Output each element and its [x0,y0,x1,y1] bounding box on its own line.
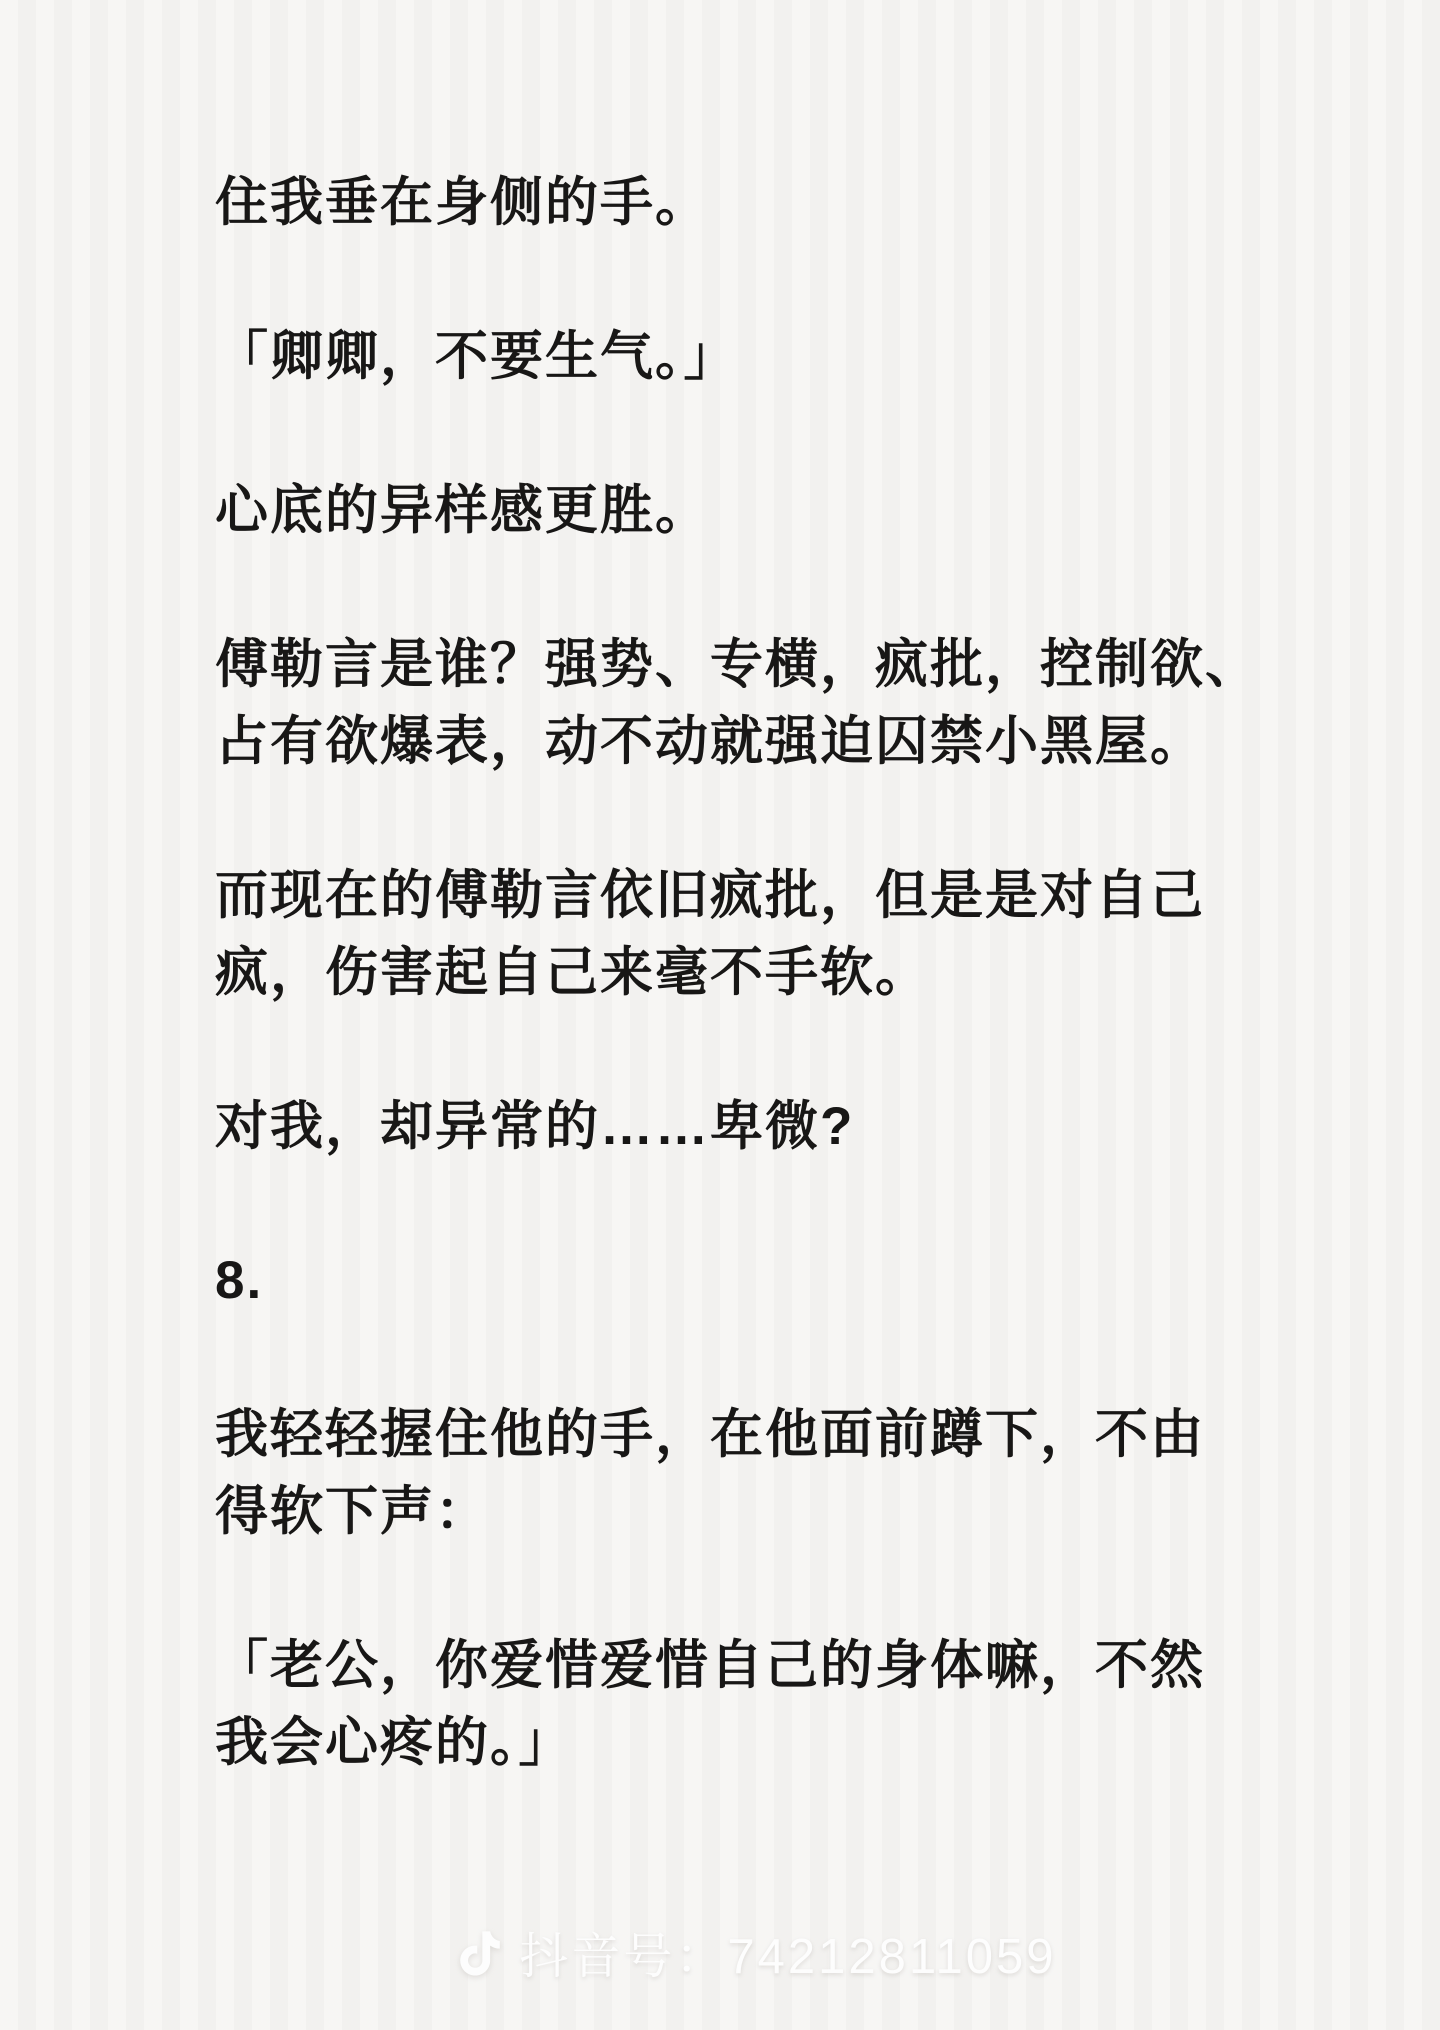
paragraph: 「卿卿，不要生气。」 [215,318,1260,395]
paragraph: 我轻轻握住他的手，在他面前蹲下，不由 得软下声： [215,1396,1260,1550]
text-line: 「卿卿，不要生气。」 [215,318,1260,395]
text-line: 傅勒言是谁？强势、专横，疯批，控制欲、 [215,626,1260,703]
text-line: 心底的异样感更胜。 [215,472,1260,549]
story-text: 住我垂在身侧的手。 「卿卿，不要生气。」 心底的异样感更胜。 傅勒言是谁？强势、… [215,164,1260,1781]
text-line: 而现在的傅勒言依旧疯批，但是是对自己 [215,857,1260,934]
paragraph: 而现在的傅勒言依旧疯批，但是是对自己 疯，伤害起自己来毫不手软。 [215,857,1260,1011]
text-line: 对我，却异常的……卑微? [215,1088,1260,1165]
paragraph-section-number: 8. [215,1242,1260,1319]
paragraph: 住我垂在身侧的手。 [215,164,1260,241]
text-line: 「老公，你爱惜爱惜自己的身体嘛，不然 [215,1627,1260,1704]
page-background: 住我垂在身侧的手。 「卿卿，不要生气。」 心底的异样感更胜。 傅勒言是谁？强势、… [0,0,1440,2030]
paragraph: 心底的异样感更胜。 [215,472,1260,549]
text-line: 我会心疼的。」 [215,1704,1260,1781]
paragraph: 「老公，你爱惜爱惜自己的身体嘛，不然 我会心疼的。」 [215,1627,1260,1781]
text-line: 疯，伤害起自己来毫不手软。 [215,934,1260,1011]
douyin-note-icon [453,1927,505,1979]
text-line: 占有欲爆表，动不动就强迫囚禁小黑屋。 [215,703,1260,780]
section-number: 8. [215,1242,1260,1319]
text-line: 我轻轻握住他的手，在他面前蹲下，不由 [215,1396,1260,1473]
paragraph: 对我，却异常的……卑微? [215,1088,1260,1165]
douyin-watermark: 抖音号：74212811059 [453,1918,1056,1988]
watermark-text: 抖音号：74212811059 [519,1918,1056,1988]
text-line: 住我垂在身侧的手。 [215,164,1260,241]
paragraph: 傅勒言是谁？强势、专横，疯批，控制欲、 占有欲爆表，动不动就强迫囚禁小黑屋。 [215,626,1260,780]
text-line: 得软下声： [215,1473,1260,1550]
